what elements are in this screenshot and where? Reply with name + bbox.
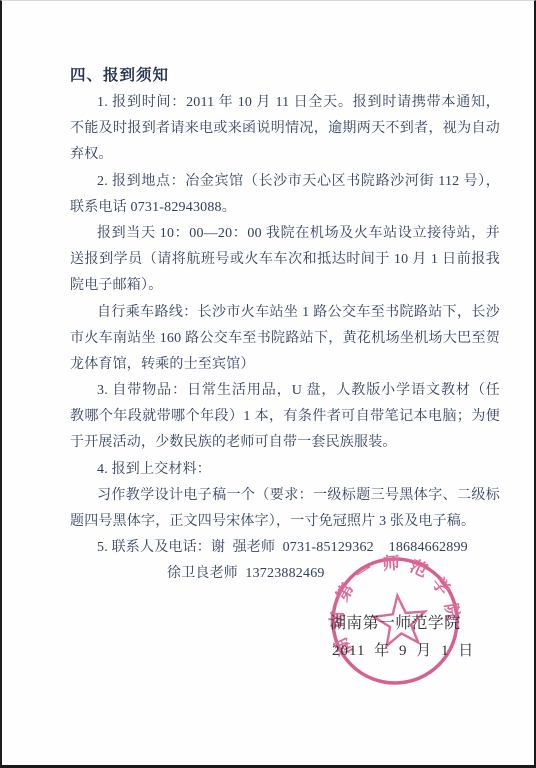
notice-line: 3. 自带物品：日常生活用品，U 盘，人教版小学语文教材（任: [70, 378, 500, 404]
notice-line: 习作教学设计电子稿一个（要求：一级标题三号黑体字、二级标: [70, 483, 500, 509]
notice-line: 1. 报到时间：2011 年 10 月 11 日全天。报到时请携带本通知，: [70, 90, 500, 116]
notice-line: 不能及时报到者请来电或来函说明情况，逾期两天不到者，视为自动: [70, 116, 500, 142]
section-heading: 四、报到须知: [70, 63, 500, 89]
notice-line: 市火车南站坐 160 路公交车至书院路站下，黄花机场坐机场大巴至贺: [70, 326, 500, 352]
signature-organization: 湖南第一师范学院: [330, 614, 462, 633]
notice-body: 四、报到须知 1. 报到时间：2011 年 10 月 11 日全天。报到时请携带…: [70, 63, 500, 588]
signature-date: 2011 年 9 月 1 日: [332, 642, 474, 660]
notice-line: 院电子邮箱）。: [70, 273, 500, 299]
notice-line: 送报到学员（请将航班号或火车车次和抵达时间于 10 月 1 日前报我: [70, 247, 500, 273]
notice-line: 教哪个年段就带哪个年段）1 本，有条件者可自带笔记本电脑；为便: [70, 404, 500, 430]
notice-line: 龙体育馆，转乘的士至宾馆）: [70, 352, 500, 378]
notice-line: 联系电话 0731-82943088。: [70, 195, 500, 221]
notice-line: 4. 报到上交材料：: [70, 457, 500, 483]
notice-line: 2. 报到地点：冶金宾馆（长沙市天心区书院路沙河街 112 号），: [70, 169, 500, 195]
notice-line: 弃权。: [70, 142, 500, 168]
document-page: 四、报到须知 1. 报到时间：2011 年 10 月 11 日全天。报到时请携带…: [0, 0, 536, 768]
notice-line: 题四号黑体字，正文四号宋体字），一寸免冠照片 3 张及电子稿。: [70, 509, 500, 535]
body-lines: 1. 报到时间：2011 年 10 月 11 日全天。报到时请携带本通知，不能及…: [70, 90, 500, 588]
notice-line: 自行乘车路线：长沙市火车站坐 1 路公交车至书院路站下，长沙: [70, 300, 500, 326]
notice-line: 报到当天 10：00—20：00 我院在机场及火车站设立接待站，并接: [70, 221, 500, 247]
notice-line: 于开展活动，少数民族的老师可自带一套民族服装。: [70, 430, 500, 456]
